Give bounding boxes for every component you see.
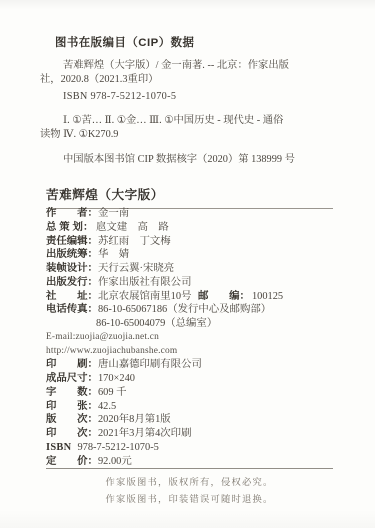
row-publishing-coordinator: 出版统筹：华 婧 [46, 248, 346, 262]
row-design: 装帧设计：天行云翼·宋晓亮 [46, 262, 346, 276]
row-chief-planner-label: 总 策 划： [46, 221, 96, 235]
copyright-page: 图书在版编目（CIP）数据 苦难辉煌（大字版）/ 金一南著. -- 北京：作家出… [0, 0, 375, 528]
cip-classification-line-2: 读物 Ⅳ. ①K270.9 [40, 128, 337, 142]
row-printer-value: 唐山嘉德印刷有限公司 [98, 359, 202, 370]
cip-entry: 苦难辉煌（大字版）/ 金一南著. -- 北京：作家出版 社，2020.8（202… [40, 59, 337, 87]
row-email: E-mail:zuojia@zuojia.net.cn [46, 331, 346, 345]
cip-classification-line-1: Ⅰ. ①苦… Ⅱ. ①金… Ⅲ. ①中国历史 - 现代史 - 通俗 [40, 114, 337, 128]
row-isbn-value: 978-7-5212-1070-5 [77, 442, 158, 453]
cip-entry-line-1: 苦难辉煌（大字版）/ 金一南著. -- 北京：作家出版 [40, 59, 337, 73]
row-word-count-label: 字 数： [46, 386, 98, 400]
copyright-notice-line-2: 作家版图书，印装错误可随时退换。 [46, 492, 333, 509]
row-size-label: 成品尺寸： [46, 372, 98, 386]
row-design-label: 装帧设计： [46, 262, 98, 276]
row-publishing-coordinator-label: 出版统筹： [46, 248, 98, 262]
row-price: 定 价：92.00元 [46, 455, 346, 469]
row-size: 成品尺寸：170×240 [46, 372, 346, 386]
row-printer: 印 刷：唐山嘉德印刷有限公司 [46, 358, 346, 372]
row-phone-fax: 电话传真：86-10-65067186（发行中心及邮购部） [46, 303, 346, 317]
row-author: 作 者：金一南 [46, 207, 346, 221]
row-sheets: 印 张：42.5 [46, 400, 346, 414]
row-website: http://www.zuojiachubanshe.com [46, 345, 346, 359]
row-publishing-coordinator-value: 华 婧 [98, 249, 129, 260]
row-postcode-label: 邮 编： [198, 290, 250, 304]
row-address-value: 北京农展馆南里10号 [98, 291, 192, 302]
row-publisher-value: 作家出版社有限公司 [98, 277, 192, 288]
cip-header: 图书在版编目（CIP）数据 [55, 36, 337, 50]
row-author-value: 金一南 [98, 208, 129, 219]
row-editor-label: 责任编辑： [46, 235, 98, 249]
row-editor-value: 苏红雨 丁文梅 [98, 236, 171, 247]
row-word-count: 字 数：609 千 [46, 386, 346, 400]
copyright-notice: 作家版图书，版权所有，侵权必究。 作家版图书，印装错误可随时退换。 [46, 468, 333, 508]
row-edition-value: 2020年8月第1版 [98, 414, 171, 425]
row-phone-fax-value: 86-10-65067186（发行中心及邮购部） [98, 304, 271, 315]
row-phone-fax-label: 电话传真： [46, 303, 98, 317]
row-editor: 责任编辑：苏红雨 丁文梅 [46, 235, 346, 249]
row-edition: 版 次：2020年8月第1版 [46, 413, 346, 427]
row-phone-2-value: 86-10-65004079（总编室） [96, 318, 217, 329]
row-postcode-value: 100125 [252, 291, 283, 302]
row-address-label: 社 址： [46, 290, 98, 304]
row-address: 社 址：北京农展馆南里10号 邮 编：100125 [46, 290, 346, 304]
cip-isbn: ISBN 978-7-5212-1070-5 [40, 90, 337, 104]
row-price-value: 92.00元 [98, 456, 132, 467]
book-title: 苦难辉煌（大字版） [46, 184, 333, 209]
row-edition-label: 版 次： [46, 413, 98, 427]
row-publisher-label: 出版发行： [46, 276, 98, 290]
cip-record-number: 中国版本图书馆 CIP 数据核字（2020）第 138999 号 [40, 153, 337, 167]
copyright-notice-line-1: 作家版图书，版权所有，侵权必究。 [46, 475, 333, 492]
cip-section: 图书在版编目（CIP）数据 苦难辉煌（大字版）/ 金一南著. -- 北京：作家出… [40, 36, 337, 167]
colophon-rows: 作 者：金一南 总 策 划：扈文建 高 路 责任编辑：苏红雨 丁文梅 出版统筹：… [46, 207, 346, 468]
row-design-value: 天行云翼·宋晓亮 [98, 263, 174, 274]
row-impression: 印 次：2021年3月第4次印刷 [46, 427, 346, 441]
row-isbn: ISBN978-7-5212-1070-5 [46, 441, 346, 455]
row-author-label: 作 者： [46, 207, 98, 221]
row-sheets-value: 42.5 [98, 401, 116, 412]
row-postcode: 邮 编：100125 [198, 290, 283, 304]
cip-entry-line-2: 社，2020.8（2021.3重印） [40, 73, 337, 87]
row-sheets-label: 印 张： [46, 400, 98, 414]
row-impression-label: 印 次： [46, 427, 98, 441]
row-chief-planner: 总 策 划：扈文建 高 路 [46, 221, 346, 235]
row-impression-value: 2021年3月第4次印刷 [98, 428, 192, 439]
row-price-label: 定 价： [46, 455, 98, 469]
cip-classification: Ⅰ. ①苦… Ⅱ. ①金… Ⅲ. ①中国历史 - 现代史 - 通俗 读物 Ⅳ. … [40, 114, 337, 142]
row-printer-label: 印 刷： [46, 358, 98, 372]
row-publisher: 出版发行：作家出版社有限公司 [46, 276, 346, 290]
row-chief-planner-value: 扈文建 高 路 [96, 222, 169, 233]
row-phone-2: 86-10-65004079（总编室） [46, 317, 346, 331]
row-isbn-label: ISBN [46, 441, 71, 455]
row-word-count-value: 609 千 [98, 387, 127, 398]
row-size-value: 170×240 [98, 373, 135, 384]
